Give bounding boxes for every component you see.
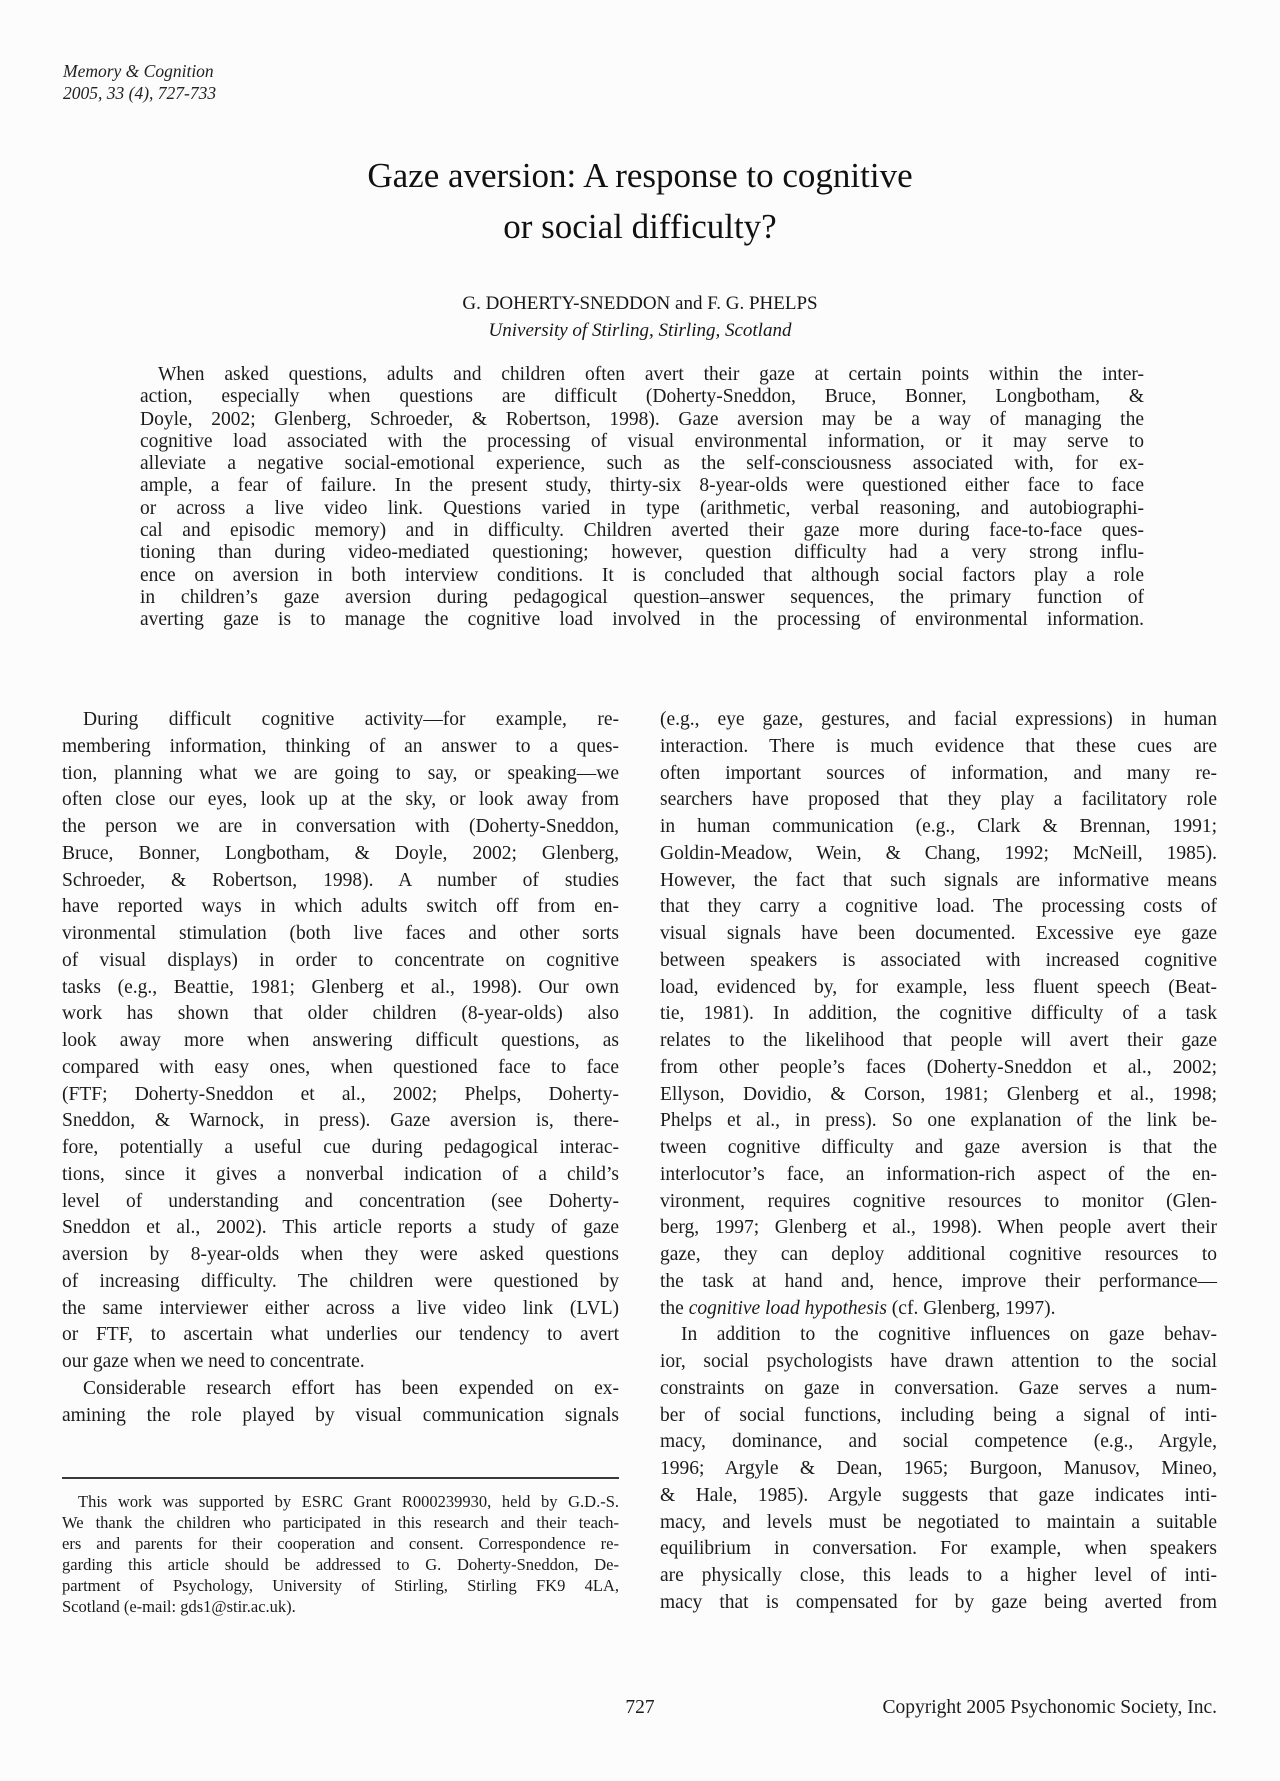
footnote-divider [62, 1477, 619, 1479]
text-line: fore, potentially a useful cue during pe… [62, 1135, 619, 1162]
text-line: constraints on gaze in conversation. Gaz… [660, 1376, 1217, 1403]
text-line: our gaze when we need to concentrate. [62, 1349, 619, 1376]
text-line: amining the role played by visual commun… [62, 1403, 619, 1430]
text-line: (e.g., eye gaze, gestures, and facial ex… [660, 707, 1217, 734]
text-line: vironmental stimulation (both live faces… [62, 921, 619, 948]
journal-name: Memory & Cognition [63, 60, 216, 82]
text-line: relates to the likelihood that people wi… [660, 1028, 1217, 1055]
text-line: look away more when answering difficult … [62, 1028, 619, 1055]
text-line: ence on aversion in both interview condi… [140, 565, 1144, 587]
text-line: This work was supported by ESRC Grant R0… [62, 1491, 619, 1512]
text-line: aversion by 8-year-olds when they were a… [62, 1242, 619, 1269]
text-line: 1996; Argyle & Dean, 1965; Burgoon, Manu… [660, 1456, 1217, 1483]
authors-line: G. DOHERTY-SNEDDON and F. G. PHELPS [0, 293, 1280, 315]
text-line: alleviate a negative social-emotional ex… [140, 453, 1144, 475]
text-line: membering information, thinking of an an… [62, 734, 619, 761]
text-line: tie, 1981). In addition, the cognitive d… [660, 1001, 1217, 1028]
text-line: However, the fact that such signals are … [660, 868, 1217, 895]
text-line: ample, a fear of failure. In the present… [140, 475, 1144, 497]
text-line: tions, since it gives a nonverbal indica… [62, 1162, 619, 1189]
text-line: Considerable research effort has been ex… [62, 1376, 619, 1403]
author-note-footnote: This work was supported by ESRC Grant R0… [62, 1491, 619, 1617]
affiliation-line: University of Stirling, Stirling, Scotla… [0, 320, 1280, 342]
text-line: the task at hand and, hence, improve the… [660, 1269, 1217, 1296]
text-line: the person we are in conversation with (… [62, 814, 619, 841]
text-line: level of understanding and concentration… [62, 1189, 619, 1216]
text-line: have reported ways in which adults switc… [62, 894, 619, 921]
text-line: compared with easy ones, when questioned… [62, 1055, 619, 1082]
text-line: ior, social psychologists have drawn att… [660, 1349, 1217, 1376]
text-line: work has shown that older children (8-ye… [62, 1001, 619, 1028]
text-line: of visual displays) in order to concentr… [62, 948, 619, 975]
text-line: ers and parents for their cooperation an… [62, 1533, 619, 1554]
text-line: cal and episodic memory) and in difficul… [140, 520, 1144, 542]
page-title: Gaze aversion: A response to cognitive o… [0, 150, 1280, 252]
text-line: between speakers is associated with incr… [660, 948, 1217, 975]
text-line: partment of Psychology, University of St… [62, 1575, 619, 1596]
text-line: During difficult cognitive activity—for … [62, 707, 619, 734]
text-line: We thank the children who participated i… [62, 1512, 619, 1533]
body-column-right: (e.g., eye gaze, gestures, and facial ex… [660, 707, 1217, 1617]
text-line: Ellyson, Dovidio, & Corson, 1981; Glenbe… [660, 1082, 1217, 1109]
text-line: & Hale, 1985). Argyle suggests that gaze… [660, 1483, 1217, 1510]
journal-info: Memory & Cognition 2005, 33 (4), 727-733 [63, 60, 216, 104]
text-line: (FTF; Doherty-Sneddon et al., 2002; Phel… [62, 1082, 619, 1109]
text-line: or FTF, to ascertain what underlies our … [62, 1322, 619, 1349]
text-line: Sneddon, & Warnock, in press). Gaze aver… [62, 1108, 619, 1135]
text-line: gaze, they can deploy additional cogniti… [660, 1242, 1217, 1269]
title-line-2: or social difficulty? [0, 201, 1280, 252]
title-line-1: Gaze aversion: A response to cognitive [0, 150, 1280, 201]
text-line: ber of social functions, including being… [660, 1403, 1217, 1430]
text-line: interlocutor’s face, an information-rich… [660, 1162, 1217, 1189]
text-line: the cognitive load hypothesis (cf. Glenb… [660, 1296, 1217, 1323]
text-line: Schroeder, & Robertson, 1998). A number … [62, 868, 619, 895]
text-line: Phelps et al., in press). So one explana… [660, 1108, 1217, 1135]
text-line: When asked questions, adults and childre… [140, 364, 1144, 386]
text-line: berg, 1997; Glenberg et al., 1998). When… [660, 1215, 1217, 1242]
text-line: Doyle, 2002; Glenberg, Schroeder, & Robe… [140, 409, 1144, 431]
text-line: tion, planning what we are going to say,… [62, 761, 619, 788]
text-line: averting gaze is to manage the cognitive… [140, 609, 1144, 631]
text-line: action, especially when questions are di… [140, 386, 1144, 408]
copyright-notice: Copyright 2005 Psychonomic Society, Inc. [660, 1697, 1217, 1719]
text-line: macy, and levels must be negotiated to m… [660, 1510, 1217, 1537]
text-line: cognitive load associated with the proce… [140, 431, 1144, 453]
text-line: the same interviewer either across a liv… [62, 1296, 619, 1323]
text-line: vironment, requires cognitive resources … [660, 1189, 1217, 1216]
text-line: macy that is compensated for by gaze bei… [660, 1590, 1217, 1617]
text-line: tasks (e.g., Beattie, 1981; Glenberg et … [62, 975, 619, 1002]
paper-page: Memory & Cognition 2005, 33 (4), 727-733… [0, 0, 1280, 1781]
text-line: load, evidenced by, for example, less fl… [660, 975, 1217, 1002]
abstract: When asked questions, adults and childre… [140, 364, 1144, 632]
text-line: searchers have proposed that they play a… [660, 787, 1217, 814]
text-line: Bruce, Bonner, Longbotham, & Doyle, 2002… [62, 841, 619, 868]
text-line: tween cognitive difficulty and gaze aver… [660, 1135, 1217, 1162]
text-line: garding this article should be addressed… [62, 1554, 619, 1575]
journal-issue: 2005, 33 (4), 727-733 [63, 82, 216, 104]
text-line: In addition to the cognitive influences … [660, 1322, 1217, 1349]
body-column-left: During difficult cognitive activity—for … [62, 707, 619, 1429]
text-line: macy, dominance, and social competence (… [660, 1429, 1217, 1456]
text-line: that they carry a cognitive load. The pr… [660, 894, 1217, 921]
text-line: Sneddon et al., 2002). This article repo… [62, 1215, 619, 1242]
text-line: equilibrium in conversation. For example… [660, 1536, 1217, 1563]
text-line: from other people’s faces (Doherty-Snedd… [660, 1055, 1217, 1082]
text-line: in human communication (e.g., Clark & Br… [660, 814, 1217, 841]
text-line: in children’s gaze aversion during pedag… [140, 587, 1144, 609]
text-line: Goldin-Meadow, Wein, & Chang, 1992; McNe… [660, 841, 1217, 868]
text-line: visual signals have been documented. Exc… [660, 921, 1217, 948]
text-line: of increasing difficulty. The children w… [62, 1269, 619, 1296]
text-line: or across a live video link. Questions v… [140, 498, 1144, 520]
text-line: often close our eyes, look up at the sky… [62, 787, 619, 814]
text-line: tioning than during video-mediated quest… [140, 542, 1144, 564]
text-line: Scotland (e-mail: gds1@stir.ac.uk). [62, 1596, 619, 1617]
text-line: often important sources of information, … [660, 761, 1217, 788]
text-line: interaction. There is much evidence that… [660, 734, 1217, 761]
text-line: are physically close, this leads to a hi… [660, 1563, 1217, 1590]
